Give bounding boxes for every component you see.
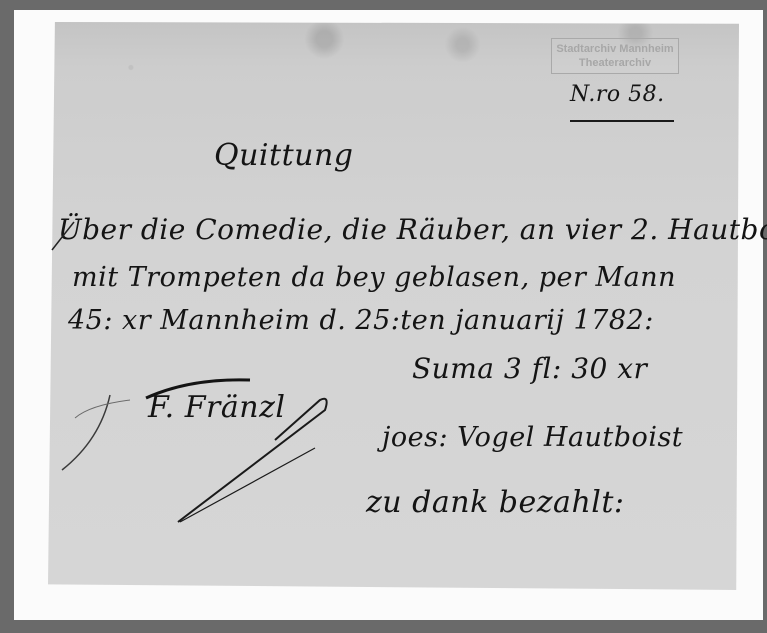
signature-flourish-strokes	[0, 0, 767, 633]
